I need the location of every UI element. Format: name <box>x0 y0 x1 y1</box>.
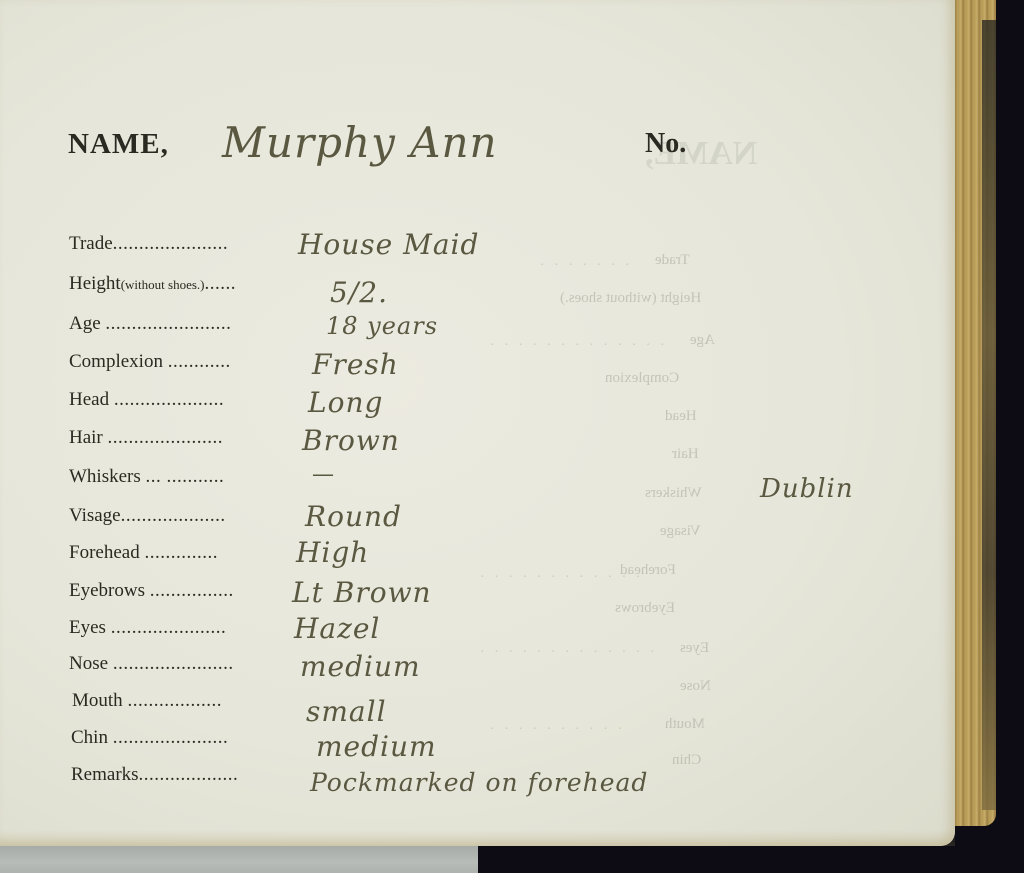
bleed-through-label: Trade <box>655 252 689 269</box>
field-value-mouth: small <box>306 695 387 728</box>
field-label-nose: Nose ....................... <box>69 653 234 675</box>
bleed-through-dots: · · · · · · · · · · · · · <box>480 645 658 661</box>
field-label-hair: Hair ...................... <box>69 427 223 449</box>
margin-note-place: Dublin <box>760 474 854 504</box>
bleed-through-dots: · · · · · · · · · · · · <box>480 570 643 586</box>
field-label-head: Head ..................... <box>69 389 224 411</box>
bleed-through-dots: · · · · · · · · · · <box>490 722 625 738</box>
bleed-through-label: Nose <box>680 678 711 695</box>
bleed-through-label: Height (without shoes.) <box>560 290 701 307</box>
field-label-remarks: Remarks................... <box>71 764 238 786</box>
bleed-through-label: Visage <box>660 523 701 540</box>
bleed-through-label: Mouth <box>665 716 705 733</box>
book-spine-shadow <box>982 20 996 810</box>
bleed-through-label: Complexion <box>605 370 679 387</box>
bleed-through-label: Hair <box>672 446 699 463</box>
field-label-height: Height(without shoes.)...... <box>69 273 236 295</box>
field-value-trade: House Maid <box>298 228 479 261</box>
field-label-eyebrows: Eyebrows ................ <box>69 580 234 602</box>
field-label-complexion: Complexion ............ <box>69 351 231 373</box>
bleed-through-label: Chin <box>672 752 701 769</box>
field-value-hair: Brown <box>302 424 400 457</box>
bleed-through-label: Age <box>690 332 715 349</box>
field-value-complexion: Fresh <box>312 348 399 381</box>
field-value-forehead: High <box>296 536 369 569</box>
field-label-eyes: Eyes ...................... <box>69 617 226 639</box>
field-label-age: Age ........................ <box>69 313 231 335</box>
field-label-whiskers: Whiskers ... ........... <box>69 466 224 488</box>
number-label: No. <box>645 128 686 160</box>
field-value-eyebrows: Lt Brown <box>292 576 432 609</box>
bleed-through-dots: · · · · · · · · · · · · · <box>490 338 668 354</box>
field-value-head: Long <box>308 386 383 419</box>
field-value-eyes: Hazel <box>294 612 380 645</box>
field-label-visage: Visage.................... <box>69 505 226 527</box>
field-label-trade: Trade...................... <box>69 233 228 255</box>
name-value: Murphy Ann <box>222 118 498 167</box>
field-value-remarks: Pockmarked on forehead <box>310 768 648 797</box>
field-value-height: 5/2. <box>330 276 388 309</box>
bleed-through-label: Whiskers <box>645 485 702 502</box>
field-label-chin: Chin ...................... <box>71 727 228 749</box>
field-value-visage: Round <box>305 500 402 533</box>
bleed-through-dots: · · · · · · · <box>540 258 633 274</box>
field-value-age: 18 years <box>326 312 438 340</box>
register-page: NAME, Trade Height (without shoes.) Age … <box>0 0 955 846</box>
field-label-forehead: Forehead .............. <box>69 542 218 564</box>
bleed-through-label: Eyes <box>680 640 709 657</box>
field-value-whiskers: — <box>312 462 335 487</box>
field-value-chin: medium <box>316 730 437 763</box>
field-value-nose: medium <box>300 650 421 683</box>
bleed-through-label: Eyebrows <box>615 600 675 617</box>
bleed-through-label: Head <box>665 408 697 425</box>
field-label-mouth: Mouth .................. <box>72 690 222 712</box>
name-label: NAME, <box>68 128 169 161</box>
